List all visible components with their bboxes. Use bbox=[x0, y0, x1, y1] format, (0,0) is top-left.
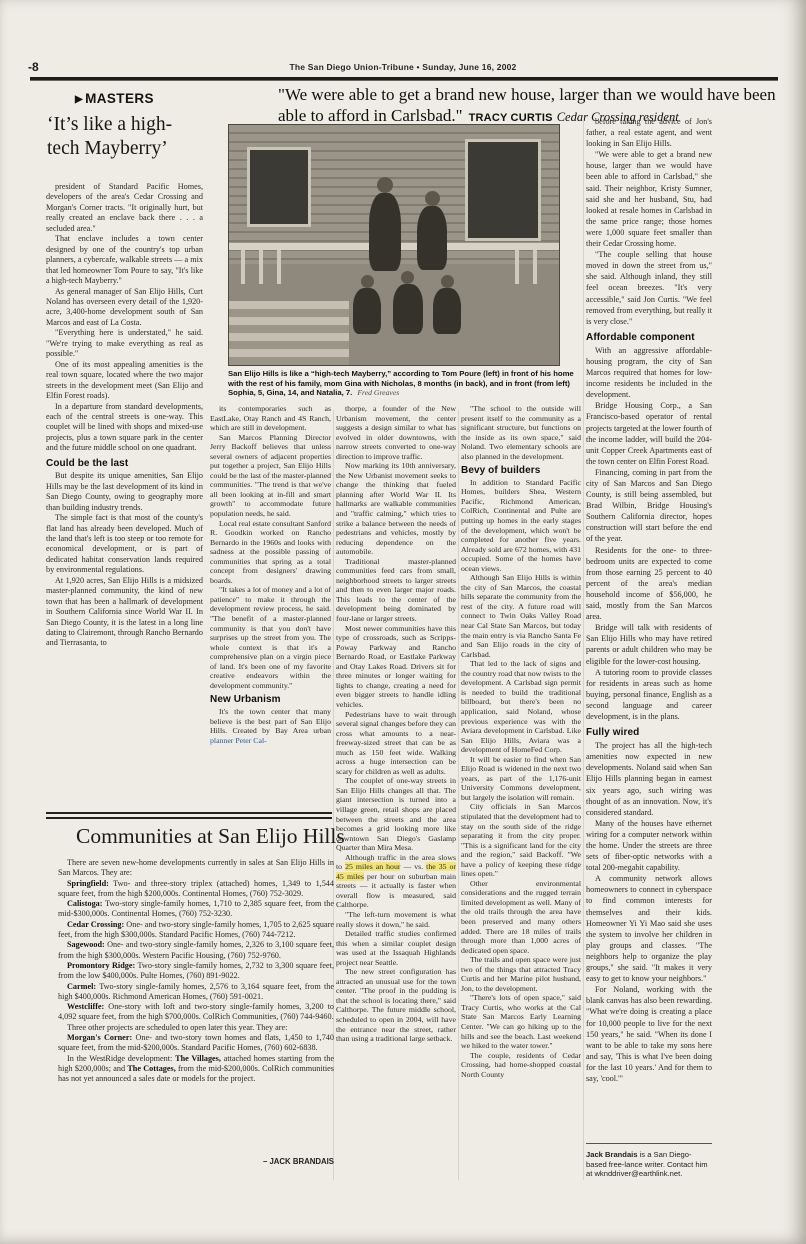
photo-figure-head bbox=[441, 275, 454, 288]
masthead: The San Diego Union-Tribune • Sunday, Ju… bbox=[0, 62, 806, 72]
paragraph: "We were able to get a brand new house, … bbox=[586, 149, 712, 249]
paragraph: The couple, residents of Cedar Crossing,… bbox=[461, 1051, 581, 1080]
paragraph: "Everything here is understated," he sai… bbox=[46, 328, 203, 359]
photo-caption: San Elijo Hills is like a “high-tech May… bbox=[228, 369, 580, 398]
paragraph: Morgan's Corner: One- and two-story town… bbox=[58, 1033, 334, 1054]
section-label: ▶MASTERS bbox=[75, 91, 154, 106]
photo-figure-head bbox=[361, 275, 374, 288]
communities-box-byline: – JACK BRANDAIS bbox=[58, 1157, 334, 1166]
article-column-4: "The school to the outside will present … bbox=[461, 404, 581, 1188]
paragraph: "It takes a lot of money and a lot of pa… bbox=[210, 585, 331, 690]
photo-figure-child bbox=[433, 288, 461, 334]
communities-box-title: Communities at San Elijo Hills bbox=[76, 824, 356, 849]
photo-baluster bbox=[241, 250, 245, 284]
paragraph: Other environmental considerations and t… bbox=[461, 879, 581, 955]
paragraph: But despite its unique amenities, San El… bbox=[46, 471, 203, 513]
section-label-text: MASTERS bbox=[85, 91, 154, 106]
communities-box-rule bbox=[46, 812, 332, 819]
photo-credit: Fred Greaves bbox=[357, 388, 399, 397]
paragraph: The project has all the high-tech amenit… bbox=[586, 740, 712, 818]
paragraph: Most newer communities have this type of… bbox=[336, 624, 456, 710]
photo-figure-head bbox=[425, 191, 440, 206]
paragraph: Three other projects are scheduled to op… bbox=[58, 1023, 334, 1033]
paragraph: before taking the advice of Jon's father… bbox=[586, 116, 712, 149]
paragraph: Financing, coming in part from the city … bbox=[586, 467, 712, 545]
pull-quote-attribution-name: TRACY CURTIS bbox=[469, 112, 553, 124]
paragraph: "The couple selling that house moved in … bbox=[586, 249, 712, 327]
photo-figure-dad bbox=[369, 193, 401, 271]
photo-steps bbox=[229, 301, 349, 365]
photo-window bbox=[247, 147, 311, 227]
photo-doorway bbox=[465, 139, 541, 241]
photo-figure-child bbox=[393, 284, 423, 334]
paragraph: Traditional master-planned communities f… bbox=[336, 557, 456, 624]
paragraph: With an aggressive affordable-housing pr… bbox=[586, 345, 712, 400]
photo-figure-mom bbox=[417, 206, 447, 270]
paragraph: Local real estate consultant Sanford R. … bbox=[210, 519, 331, 586]
newspaper-page: -8 The San Diego Union-Tribune • Sunday,… bbox=[0, 0, 806, 1244]
paragraph: "There's lots of open space," said Tracy… bbox=[461, 993, 581, 1050]
paragraph: Carmel: Two-story single-family homes, 2… bbox=[58, 982, 334, 1003]
paragraph: That enclave includes a town center desi… bbox=[46, 234, 203, 286]
paragraph: As general manager of San Elijo Hills, C… bbox=[46, 287, 203, 329]
footer-rule bbox=[586, 1143, 712, 1144]
paragraph: A tutoring room to provide classes for r… bbox=[586, 667, 712, 722]
subhead: Bevy of builders bbox=[461, 466, 581, 476]
subhead: Could be the last bbox=[46, 459, 203, 469]
photo-baluster bbox=[515, 250, 519, 284]
paragraph: Many of the houses have ethernet wiring … bbox=[586, 818, 712, 873]
paragraph: president of Standard Pacific Homes, dev… bbox=[46, 182, 203, 234]
paragraph: The simple fact is that most of the coun… bbox=[46, 513, 203, 576]
article-headline: ‘It’s like a high-tech Mayberry’ bbox=[47, 113, 199, 160]
paragraph: At 1,920 acres, San Elijo Hills is a mid… bbox=[46, 576, 203, 649]
paragraph: Detailed traffic studies confirmed this … bbox=[336, 929, 456, 967]
subhead: Affordable component bbox=[586, 332, 712, 343]
paragraph: thorpe, a founder of the New Urbanism mo… bbox=[336, 404, 456, 461]
article-column-5: before taking the advice of Jon's father… bbox=[586, 116, 712, 1140]
paragraph: It will be easier to find when San Elijo… bbox=[461, 755, 581, 803]
paragraph: Promontory Ridge: Two-story single-famil… bbox=[58, 961, 334, 982]
photo-baluster bbox=[533, 250, 537, 284]
paragraph: Pedestrians have to wait through several… bbox=[336, 710, 456, 777]
paragraph: "The left-turn movement is what really s… bbox=[336, 910, 456, 929]
column-divider bbox=[583, 120, 584, 1180]
paragraph: "The school to the outside will present … bbox=[461, 404, 581, 461]
right-triangle-icon: ▶ bbox=[75, 94, 83, 105]
paragraph: There are seven new-home developments cu… bbox=[58, 858, 334, 879]
paragraph: One of its most appealing amenities is t… bbox=[46, 360, 203, 402]
paragraph: Bridge Housing Corp., a San Francisco-ba… bbox=[586, 400, 712, 467]
paragraph: Springfield: Two- and three-story triple… bbox=[58, 879, 334, 900]
paragraph: The new street configuration has attract… bbox=[336, 967, 456, 1043]
paragraph: Although traffic in the area slows to 25… bbox=[336, 853, 456, 910]
column-divider bbox=[458, 410, 459, 1180]
paragraph: its contemporaries such as EastLake, Ota… bbox=[210, 404, 331, 433]
article-column-3: thorpe, a founder of the New Urbanism mo… bbox=[336, 404, 456, 1188]
paragraph: Cedar Crossing: One- and two-story singl… bbox=[58, 920, 334, 941]
subhead: Fully wired bbox=[586, 727, 712, 738]
photo-figure-head bbox=[377, 177, 393, 193]
photo-figure-head bbox=[401, 271, 414, 284]
article-photo bbox=[228, 124, 560, 366]
paragraph: Sagewood: One- and two-story single-fami… bbox=[58, 940, 334, 961]
photo-caption-text: San Elijo Hills is like a “high-tech May… bbox=[228, 369, 574, 397]
paragraph: For Noland, working with the blank canva… bbox=[586, 984, 712, 1084]
paragraph: Although San Elijo Hills is within the c… bbox=[461, 573, 581, 659]
paragraph: In addition to Standard Pacific Homes, b… bbox=[461, 478, 581, 573]
article-column-1: president of Standard Pacific Homes, dev… bbox=[46, 182, 203, 808]
paragraph: In a departure from standard development… bbox=[46, 402, 203, 454]
contact-note: Jack Brandais is a San Diego-based free-… bbox=[586, 1150, 712, 1179]
paragraph: In the WestRidge development: The Villag… bbox=[58, 1054, 334, 1085]
article-column-2: its contemporaries such as EastLake, Ota… bbox=[210, 404, 331, 808]
paragraph: Residents for the one- to three-bedroom … bbox=[586, 545, 712, 623]
paragraph: The trails and open space were just two … bbox=[461, 955, 581, 993]
paragraph: Bridge will talk with residents of San E… bbox=[586, 622, 712, 666]
subhead: New Urbanism bbox=[210, 695, 331, 705]
paragraph: San Marcos Planning Director Jerry Backo… bbox=[210, 433, 331, 519]
paragraph: Westcliffe: One-story with loft and two-… bbox=[58, 1002, 334, 1023]
photo-figure-child bbox=[353, 288, 381, 334]
photo-baluster bbox=[277, 250, 281, 284]
paragraph: City officials in San Marcos stipulated … bbox=[461, 802, 581, 878]
paragraph: Now marking its 10th anniversary, the Ne… bbox=[336, 461, 456, 556]
communities-box-body: There are seven new-home developments cu… bbox=[58, 858, 334, 1154]
photo-baluster bbox=[259, 250, 263, 284]
paragraph: A community network allows homeowners to… bbox=[586, 873, 712, 984]
header-rule bbox=[30, 77, 778, 81]
paragraph: That led to the lack of signs and the co… bbox=[461, 659, 581, 754]
paragraph: Calistoga: Two-story single-family homes… bbox=[58, 899, 334, 920]
paragraph: It's the town center that many believe i… bbox=[210, 707, 331, 745]
